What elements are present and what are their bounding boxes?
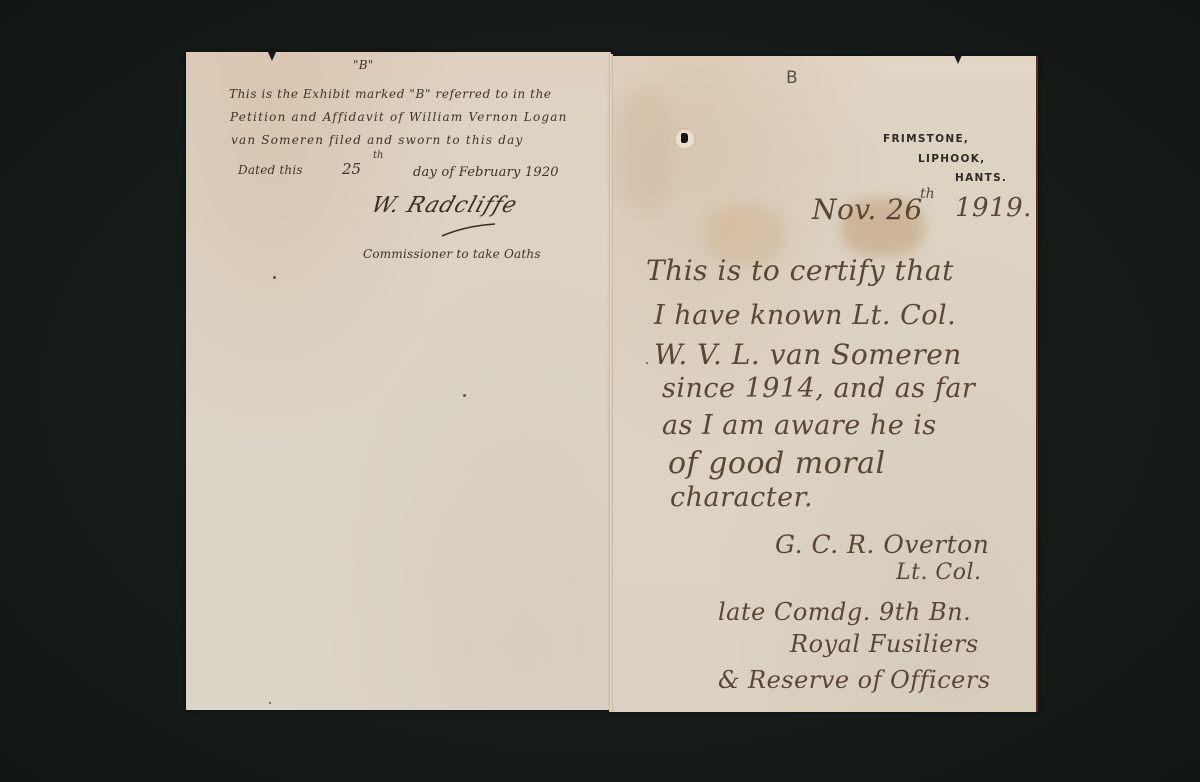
dated-day: 25 — [342, 160, 361, 178]
body-line-1: This is to certify that — [646, 254, 954, 287]
letterhead-line-2: LIPHOOK, — [918, 153, 985, 165]
letterhead-line-3: HANTS. — [955, 172, 1007, 184]
dated-day-suffix: th — [373, 150, 383, 161]
paper-stain — [615, 90, 675, 210]
body-line-3: W. V. L. van Someren — [654, 338, 962, 371]
letterhead-line-1: FRIMSTONE, — [883, 133, 969, 145]
paper-speck — [463, 394, 466, 397]
body-line-2: I have known Lt. Col. — [654, 300, 956, 331]
exhibit-line-3: van Someren filed and sworn to this day — [231, 133, 523, 147]
commissioner-title: Commissioner to take Oaths — [363, 247, 541, 261]
paper-speck — [269, 702, 271, 704]
body-line-4: since 1914, and as far — [662, 373, 975, 404]
exhibit-line-1: This is the Exhibit marked "B" referred … — [229, 87, 552, 101]
body-line-7: character. — [670, 482, 813, 513]
exhibit-mark: "B" — [353, 58, 373, 72]
body-line-5: as I am aware he is — [662, 410, 937, 441]
paper-speck — [646, 362, 648, 364]
credential-line-2: Royal Fusiliers — [790, 630, 979, 658]
body-line-6: of good moral — [668, 446, 886, 481]
paper-speck — [273, 276, 276, 279]
paper-notch — [954, 55, 962, 64]
left-page — [186, 52, 611, 710]
signature-flourish — [440, 220, 500, 240]
page-fold — [609, 54, 613, 712]
author-signature: G. C. R. Overton — [775, 530, 989, 559]
punch-hole — [674, 128, 696, 150]
credential-line-3: & Reserve of Officers — [718, 666, 991, 694]
corner-mark-b: B — [786, 68, 798, 88]
dated-prefix: Dated this — [238, 163, 303, 177]
paper-notch — [268, 52, 276, 61]
letter-date-suffix: th — [920, 186, 935, 202]
credential-line-1: late Comdg. 9th Bn. — [718, 598, 971, 626]
letter-date: Nov. 26 — [812, 193, 923, 226]
author-rank: Lt. Col. — [896, 560, 982, 585]
exhibit-line-2: Petition and Affidavit of William Vernon… — [230, 110, 568, 124]
dated-rest: day of February 1920 — [413, 165, 559, 180]
letter-date-year: 1919. — [955, 193, 1032, 223]
commissioner-signature: W. Radcliffe — [368, 193, 521, 218]
